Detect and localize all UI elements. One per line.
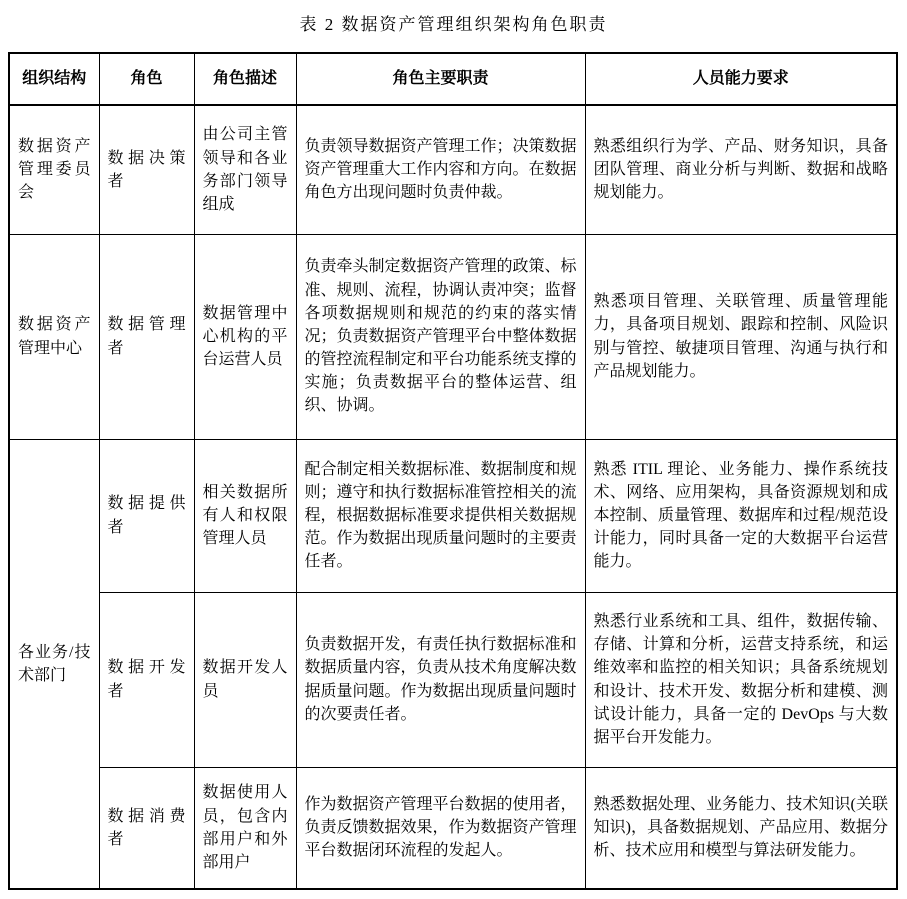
cell-duty-decision-maker: 负责领导数据资产管理工作；决策数据资产管理重大工作内容和方向。在数据角色方出现问…: [296, 105, 585, 234]
cell-ability-data-manager: 熟悉项目管理、关联管理、质量管理能力，具备项目规划、跟踪和控制、风险识别与管控、…: [585, 234, 897, 439]
cell-ability-decision-maker: 熟悉组织行为学、产品、财务知识，具备团队管理、商业分析与判断、数据和战略规划能力…: [585, 105, 897, 234]
cell-role-data-manager: 数据管理者: [99, 234, 194, 439]
cell-ability-data-provider: 熟悉 ITIL 理论、业务能力、操作系统技术、网络、应用架构，具备资源规划和成本…: [585, 439, 897, 592]
header-role: 角色: [99, 53, 194, 105]
header-role-duty: 角色主要职责: [296, 53, 585, 105]
cell-org-management-center: 数据资产管理中心: [9, 234, 99, 439]
cell-ability-data-developer: 熟悉行业系统和工具、组件，数据传输、存储、计算和分析，运营支持系统，和运维效率和…: [585, 592, 897, 767]
table-row: 数据资产管理委员会 数据决策者 由公司主管领导和各业务部门领导组成 负责领导数据…: [9, 105, 897, 234]
page-title: 表 2 数据资产管理组织架构角色职责: [0, 10, 907, 35]
cell-org-business-tech-depts: 各业务/技术部门: [9, 439, 99, 889]
table-row: 各业务/技术部门 数据提供者 相关数据所有人和权限管理人员 配合制定相关数据标准…: [9, 439, 897, 592]
cell-role-data-consumer: 数据消费者: [99, 767, 194, 889]
cell-desc-decision-maker: 由公司主管领导和各业务部门领导组成: [194, 105, 296, 234]
cell-ability-data-consumer: 熟悉数据处理、业务能力、技术知识(关联知识)，具备数据规划、产品应用、数据分析、…: [585, 767, 897, 889]
header-org-structure: 组织结构: [9, 53, 99, 105]
cell-duty-data-developer: 负责数据开发，有责任执行数据标准和数据质量内容，负责从技术角度解决数据质量问题。…: [296, 592, 585, 767]
header-role-desc: 角色描述: [194, 53, 296, 105]
cell-role-decision-maker: 数据决策者: [99, 105, 194, 234]
role-responsibility-table: 组织结构 角色 角色描述 角色主要职责 人员能力要求 数据资产管理委员会 数据决…: [8, 52, 898, 890]
header-ability: 人员能力要求: [585, 53, 897, 105]
cell-duty-data-consumer: 作为数据资产管理平台数据的使用者，负责反馈数据效果，作为数据资产管理平台数据闭环…: [296, 767, 585, 889]
cell-role-data-developer: 数据开发者: [99, 592, 194, 767]
table-row: 数据资产管理中心 数据管理者 数据管理中心机构的平台运营人员 负责牵头制定数据资…: [9, 234, 897, 439]
cell-duty-data-provider: 配合制定相关数据标准、数据制度和规则；遵守和执行数据标准管控相关的流程，根据数据…: [296, 439, 585, 592]
cell-desc-data-developer: 数据开发人员: [194, 592, 296, 767]
cell-role-data-provider: 数据提供者: [99, 439, 194, 592]
table-row: 数据开发者 数据开发人员 负责数据开发，有责任执行数据标准和数据质量内容，负责从…: [9, 592, 897, 767]
table-row: 数据消费者 数据使用人员，包含内部用户和外部用户 作为数据资产管理平台数据的使用…: [9, 767, 897, 889]
cell-desc-data-manager: 数据管理中心机构的平台运营人员: [194, 234, 296, 439]
cell-org-committee: 数据资产管理委员会: [9, 105, 99, 234]
cell-duty-data-manager: 负责牵头制定数据资产管理的政策、标准、规则、流程，协调认责冲突；监督各项数据规则…: [296, 234, 585, 439]
cell-desc-data-consumer: 数据使用人员，包含内部用户和外部用户: [194, 767, 296, 889]
cell-desc-data-provider: 相关数据所有人和权限管理人员: [194, 439, 296, 592]
table-header-row: 组织结构 角色 角色描述 角色主要职责 人员能力要求: [9, 53, 897, 105]
